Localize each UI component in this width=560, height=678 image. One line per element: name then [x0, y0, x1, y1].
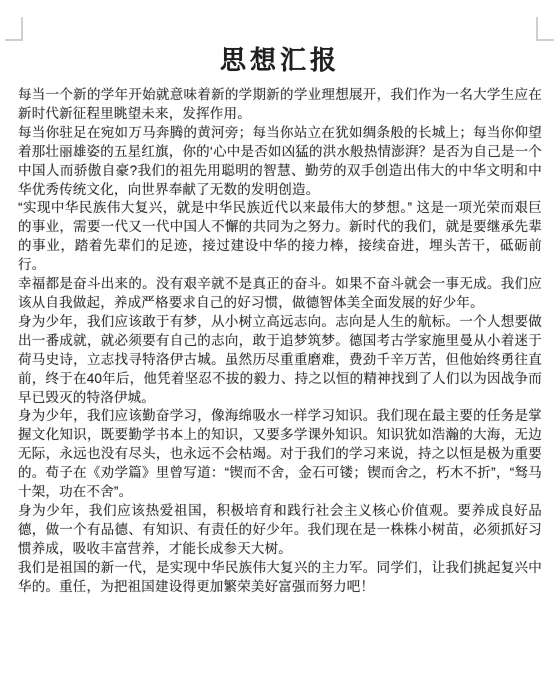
paragraph: “实现中华民族伟大复兴，就是中华民族近代以来最伟大的梦想。” 这是一项光荣而艰巨… [18, 199, 542, 275]
paragraph: 幸福都是奋斗出来的。没有艰辛就不是真正的奋斗。如果不奋斗就会一事无成。我们应该从… [18, 275, 542, 313]
paragraph: 我们是祖国的新一代，是实现中华民族伟大复兴的主力军。同学们，让我们挑起复兴中华的… [18, 559, 542, 597]
document-body: 每当一个新的学年开始就意味着新的学期新的学业理想展开，我们作为一名大学生应在新时… [0, 86, 560, 596]
document-title: 思想汇报 [0, 40, 560, 77]
document-page: 思想汇报 每当一个新的学年开始就意味着新的学期新的学业理想展开，我们作为一名大学… [0, 0, 560, 678]
page-corner-mark-top-right [536, 17, 554, 41]
paragraph: 每当你驻足在宛如万马奔腾的黄河旁；每当你站立在犹如绸条般的长城上；每当你仰望着那… [18, 124, 542, 200]
paragraph: 身为少年，我们应该敢于有梦，从小树立高远志向。志向是人生的航标。一个人想要做出一… [18, 313, 542, 408]
page-corner-mark-top-left [5, 17, 23, 41]
paragraph: 身为少年，我们应该热爱祖国，积极培育和践行社会主义核心价值观。要养成良好品德，做… [18, 502, 542, 559]
paragraph: 身为少年，我们应该勤奋学习，像海绵吸水一样学习知识。我们现在最主要的任务是掌握文… [18, 407, 542, 502]
paragraph: 每当一个新的学年开始就意味着新的学期新的学业理想展开，我们作为一名大学生应在新时… [18, 86, 542, 124]
